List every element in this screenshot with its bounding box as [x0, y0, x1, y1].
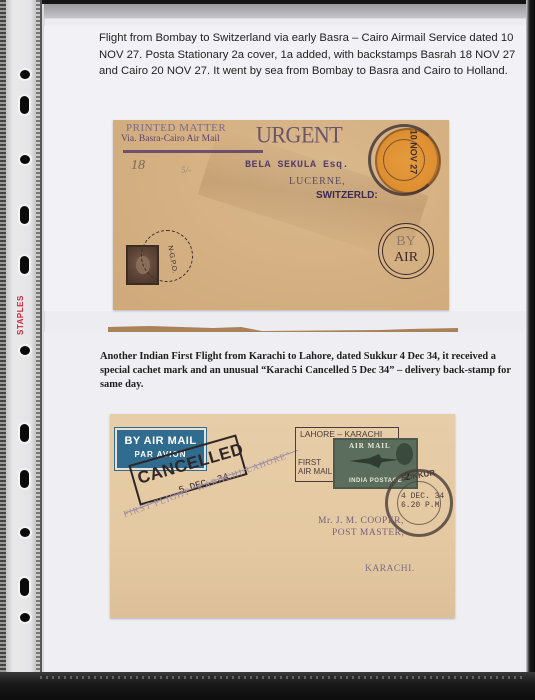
- binder-strip: STAPLES: [4, 0, 42, 700]
- underline-bar: [123, 150, 263, 153]
- punch-hole: [20, 96, 29, 114]
- address-line-3: KARACHI.: [365, 564, 415, 574]
- urgent-mark: URGENT: [256, 121, 342, 148]
- address-line-2: LUCERNE,: [289, 176, 346, 187]
- exhibit-1-caption: Flight from Bombay to Switzerland via ea…: [99, 30, 524, 80]
- punch-hole: [20, 613, 30, 622]
- punch-hole: [20, 528, 30, 537]
- album-page-photo: Flight from Bombay to Switzerland via ea…: [0, 0, 535, 700]
- address-line-2: POST MASTER,: [332, 528, 404, 538]
- punch-hole: [20, 578, 29, 596]
- via-line-mark: Via. Basra-Cairo Air Mail: [121, 134, 220, 144]
- punch-hole: [20, 256, 29, 274]
- brand-label: STAPLES: [16, 285, 36, 345]
- exhibit-2-cover: BY AIR MAIL PAR AVION CANCELLED 5 DEC. 3…: [110, 414, 455, 618]
- pencil-note: 18: [131, 158, 145, 174]
- pencil-note-2: 5/-: [181, 165, 191, 175]
- cachet-first-airmail: FIRST AIR MAIL: [298, 458, 332, 476]
- address-line-1: Mr. J. M. COOPER,: [318, 516, 404, 526]
- printed-matter-mark: PRINTED MATTER: [126, 122, 226, 134]
- bombay-postmark: 10 NOV 27: [368, 124, 440, 196]
- address-line-1: BELA SEKULA Esq.: [245, 160, 349, 171]
- punch-hole: [20, 470, 29, 488]
- postmark-date: 10 NOV 27: [408, 130, 418, 175]
- punch-hole: [20, 424, 29, 442]
- address-line-3: SWITZERLD:: [316, 190, 378, 201]
- punch-hole: [20, 155, 30, 164]
- sleeve-bottom-edge: [0, 672, 535, 700]
- sukkur-postmark-date: 4 DEC. 34 6.20 P.M: [401, 492, 444, 510]
- punch-hole: [20, 206, 29, 224]
- punch-hole: [20, 346, 30, 355]
- by-air-mark: BY AIR: [378, 223, 434, 279]
- exhibit-2-caption: Another Indian First Flight from Karachi…: [100, 350, 525, 392]
- punch-hole: [20, 70, 30, 79]
- king-portrait: [396, 443, 413, 465]
- postmark-inner-ring: [383, 139, 425, 181]
- sleeve-right-edge: [526, 0, 535, 700]
- exhibit-1-cover: PRINTED MATTER Via. Basra-Cairo Air Mail…: [113, 120, 449, 310]
- airplane-icon: [349, 454, 399, 468]
